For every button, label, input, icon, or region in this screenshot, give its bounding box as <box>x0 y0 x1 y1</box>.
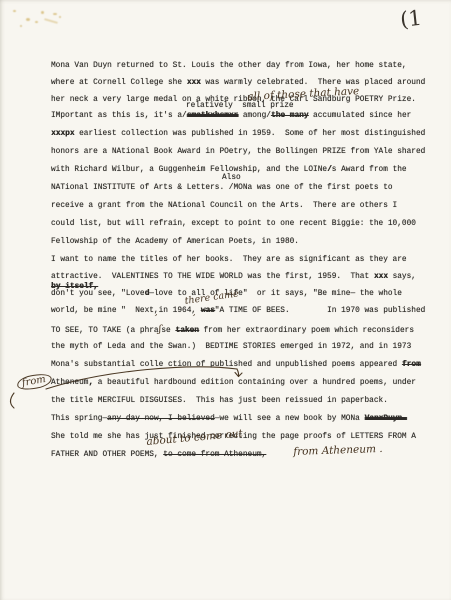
typed-text: earliest collection was published in 195… <box>74 130 425 138</box>
typed-text: among/ <box>238 112 271 120</box>
typed-text: attractive. VALENTINES TO THE WIDE WORLD… <box>51 273 374 281</box>
typed-text: —we will see a new book by MONa <box>215 415 365 423</box>
typed-text: IMportant as this is, it's a/ <box>51 112 187 120</box>
handwritten-note: about to come out <box>146 428 243 448</box>
typed-text: TO SEE, TO TAKE (a phra <box>51 327 159 335</box>
typed-line: I want to name the titles of her books. … <box>51 256 407 265</box>
typed-line: NATional INSTITUTE of Arts & Letters. /M… <box>51 184 393 193</box>
typed-line: could list, but will refrain, except to … <box>51 220 416 229</box>
typed-text: This spring— <box>51 415 107 423</box>
typed-correction: from <box>402 361 421 369</box>
typed-text: the myth of Leda and the Swan.) BEDTIME … <box>51 343 411 351</box>
typed-text: relatively small prize <box>186 102 294 110</box>
paper-smudge <box>59 16 61 18</box>
typed-correction: the many <box>271 112 308 120</box>
paper-smudge <box>20 25 22 27</box>
typed-text: honors are a NAtional Book Award in POet… <box>51 148 425 156</box>
typed-text: Atheneum <box>51 379 88 387</box>
typed-line: receive a grant from the NAtional Counci… <box>51 202 397 211</box>
paper-smudge <box>53 13 57 15</box>
typed-text: Mona Van Duyn returned to St. Louis the … <box>51 62 407 70</box>
typed-text: a beautiful hardbound edition containing… <box>93 379 416 387</box>
typed-line: TO SEE, TO TAKE (a phraʃse taken from he… <box>51 325 414 336</box>
typed-text: could list, but will refrain, except to … <box>51 220 416 228</box>
typed-text: says, <box>388 273 416 281</box>
typed-line: Atheneum, a beautiful hardbound edition … <box>51 379 416 388</box>
typed-correction: xxx <box>374 273 388 281</box>
paper-smudge <box>35 21 38 23</box>
typed-text: the title MERCIFUL DISGUISES. This has j… <box>51 397 388 405</box>
typed-correction: was <box>201 307 215 315</box>
typed-text: Mona's substantial colle ction of publis… <box>51 361 402 369</box>
typed-line: FATHER AND OTHER POEMS, to come from Ath… <box>51 451 266 460</box>
typed-line: Mona Van Duyn returned to St. Louis the … <box>51 62 407 71</box>
typed-line: Fellowship of the Academy of American Po… <box>51 238 299 247</box>
typed-correction: to come from Atheneum, <box>163 451 266 459</box>
paper-smudge <box>26 18 30 21</box>
typed-line: the title MERCIFUL DISGUISES. This has j… <box>51 397 388 406</box>
typed-line: Also <box>222 174 241 183</box>
typed-line: where at Cornell College she xxx was war… <box>51 79 425 88</box>
typed-correction: xxxpx <box>51 130 74 138</box>
paper-smudge <box>13 10 16 12</box>
typed-text: Also <box>222 174 241 182</box>
typed-line: xxxpx earliest collection was published … <box>51 130 425 139</box>
typed-line: the myth of Leda and the Swan.) BEDTIME … <box>51 343 411 352</box>
typed-text: receive a grant from the NAtional Counci… <box>51 202 397 210</box>
typed-text: accumulated since her <box>308 112 411 120</box>
typed-text: s Award from the <box>332 166 407 174</box>
typed-text: with Richard Wilbur, a Guggenheim Fellow… <box>51 166 327 174</box>
typed-correction: VanxDuyn. <box>365 415 407 423</box>
page-corner-mark: (1 <box>399 6 423 32</box>
paper-smudge <box>44 18 58 24</box>
typed-correction: xxx <box>187 79 201 87</box>
typed-line: attractive. VALENTINES TO THE WIDE WORLD… <box>51 273 416 282</box>
handwritten-note: from Atheneum . <box>293 443 383 458</box>
typed-line: Mona's substantial colle ction of publis… <box>51 361 421 370</box>
document-page: (1 Mona Van Duyn returned to St. Louis t… <box>0 0 451 600</box>
typed-text: don't you see, "Love <box>51 290 145 298</box>
typed-text: where at Cornell College she <box>51 79 187 87</box>
typed-correction: taken <box>175 327 198 335</box>
paper-smudge <box>41 11 44 14</box>
typed-text: from her extraordinary poem which recons… <box>199 327 414 335</box>
typed-correction: smatkxhsmxr <box>187 112 238 120</box>
typed-text: Fellowship of the Academy of American Po… <box>51 238 299 246</box>
typed-line: honors are a NAtional Book Award in POet… <box>51 148 425 157</box>
typed-text: world, be mine " Next,in 1964, <box>51 307 201 315</box>
typed-text: FATHER AND OTHER POEMS, <box>51 451 163 459</box>
typed-text: I want to name the titles of her books. … <box>51 256 407 264</box>
typed-line: world, be mine " Next,in 1964, was"A TIM… <box>51 307 425 316</box>
typed-text: NATional INSTITUTE of Arts & Letters. /M… <box>51 184 393 192</box>
typed-line: This spring—any day now, I believed—we w… <box>51 415 407 424</box>
handwritten-note: from <box>16 372 53 392</box>
typed-line: relatively small prize <box>186 102 294 111</box>
typed-text: was warmly celebrated. There was placed … <box>201 79 426 87</box>
typed-correction: any day now, I believed <box>107 415 215 423</box>
typed-text: se <box>161 327 175 335</box>
typed-text: "A TIME OF BEES. In 1970 was published <box>215 307 426 315</box>
typed-line: IMportant as this is, it's a/smatkxhsmxr… <box>51 112 411 121</box>
